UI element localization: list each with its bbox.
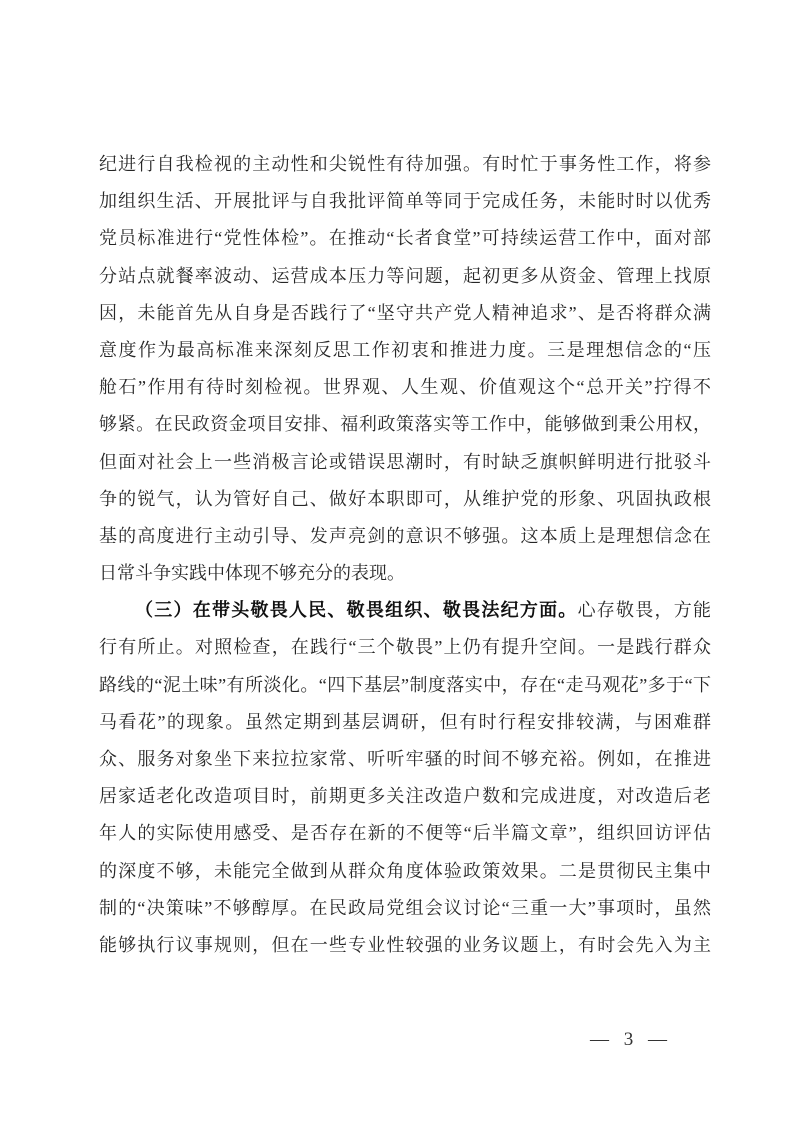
text-line: 的深度不够，未能完全做到从群众角度体验政策效果。二是贯彻民主集中 — [99, 853, 711, 890]
body-text-segment: 党员标准进行“党性体检”。在推动“长者食堂”可持续运营工作中，面对部 — [99, 228, 711, 248]
body-text-segment: 能够执行议事规则，但在一些专业性较强的业务议题上，有时会先入为主 — [99, 935, 711, 955]
body-text-segment: 加组织生活、开展批评与自我批评简单等同于完成任务，未能时时以优秀 — [99, 191, 711, 211]
text-line: 能够执行议事规则，但在一些专业性较强的业务议题上，有时会先入为主 — [99, 927, 711, 964]
text-line: 争的锐气，认为管好自己、做好本职即可，从维护党的形象、巩固执政根 — [99, 481, 711, 518]
body-text-segment: 分站点就餐率波动、运营成本压力等问题，起初更多从资金、管理上找原 — [99, 266, 711, 286]
text-line: （三）在带头敬畏人民、敬畏组织、敬畏法纪方面。心存敬畏，方能 — [99, 592, 711, 629]
section-heading-text: （三）在带头敬畏人民、敬畏组织、敬畏法纪方面。 — [135, 600, 578, 620]
page-number: — 3 — — [590, 1028, 668, 1052]
text-line: 意度作为最高标准来深刻反思工作初衷和推进力度。三是理想信念的“压 — [99, 332, 711, 369]
text-line: 但面对社会上一些消极言论或错误思潮时，有时缺乏旗帜鲜明进行批驳斗 — [99, 444, 711, 481]
text-line: 日常斗争实践中体现不够充分的表现。 — [99, 555, 711, 592]
body-text-segment: 年人的实际使用感受、是否存在新的不便等“后半篇文章”，组织回访评估 — [99, 823, 711, 843]
text-line: 马看花”的现象。虽然定期到基层调研，但有时行程安排较满，与困难群 — [99, 704, 711, 741]
body-text-segment: 纪进行自我检视的主动性和尖锐性有待加强。有时忙于事务性工作，将参 — [99, 154, 711, 174]
document-body: 纪进行自我检视的主动性和尖锐性有待加强。有时忙于事务性工作，将参加组织生活、开展… — [99, 146, 711, 964]
body-text-segment: 制的“决策味”不够醇厚。在民政局党组会议讨论“三重一大”事项时，虽然 — [99, 898, 711, 918]
text-line: 纪进行自我检视的主动性和尖锐性有待加强。有时忙于事务性工作，将参 — [99, 146, 711, 183]
body-text-segment: 基的高度进行主动引导、发声亮剑的意识不够强。这本质上是理想信念在 — [99, 526, 711, 546]
body-text-segment: 舱石”作用有待时刻检视。世界观、人生观、价值观这个“总开关”拧得不 — [99, 377, 711, 397]
body-text-segment: 因，未能首先从自身是否践行了“坚守共产党人精神追求”、是否将群众满 — [99, 303, 711, 323]
text-line: 众、服务对象坐下来拉拉家常、听听牢骚的时间不够充裕。例如，在推进 — [99, 741, 711, 778]
body-text-segment: 众、服务对象坐下来拉拉家常、听听牢骚的时间不够充裕。例如，在推进 — [99, 749, 711, 769]
body-text-segment: 但面对社会上一些消极言论或错误思潮时，有时缺乏旗帜鲜明进行批驳斗 — [99, 452, 711, 472]
body-text-segment: 心存敬畏，方能 — [578, 600, 711, 620]
text-line: 基的高度进行主动引导、发声亮剑的意识不够强。这本质上是理想信念在 — [99, 518, 711, 555]
document-page: 纪进行自我检视的主动性和尖锐性有待加强。有时忙于事务性工作，将参加组织生活、开展… — [0, 0, 793, 1122]
text-line: 制的“决策味”不够醇厚。在民政局党组会议讨论“三重一大”事项时，虽然 — [99, 890, 711, 927]
body-text-segment: 马看花”的现象。虽然定期到基层调研，但有时行程安排较满，与困难群 — [99, 712, 711, 732]
text-line: 舱石”作用有待时刻检视。世界观、人生观、价值观这个“总开关”拧得不 — [99, 369, 711, 406]
text-line: 够紧。在民政资金项目安排、福利政策落实等工作中，能够做到秉公用权， — [99, 406, 711, 443]
text-line: 加组织生活、开展批评与自我批评简单等同于完成任务，未能时时以优秀 — [99, 183, 711, 220]
text-line: 路线的“泥土味”有所淡化。“四下基层”制度落实中，存在“走马观花”多于“下 — [99, 667, 711, 704]
text-line: 党员标准进行“党性体检”。在推动“长者食堂”可持续运营工作中，面对部 — [99, 220, 711, 257]
body-text-segment: 争的锐气，认为管好自己、做好本职即可，从维护党的形象、巩固执政根 — [99, 489, 711, 509]
body-text-segment: 够紧。在民政资金项目安排、福利政策落实等工作中，能够做到秉公用权， — [99, 414, 711, 434]
body-text-segment: 的深度不够，未能完全做到从群众角度体验政策效果。二是贯彻民主集中 — [99, 861, 711, 881]
text-line: 居家适老化改造项目时，前期更多关注改造户数和完成进度，对改造后老 — [99, 778, 711, 815]
body-text-segment: 居家适老化改造项目时，前期更多关注改造户数和完成进度，对改造后老 — [99, 786, 711, 806]
body-text-segment: 行有所止。对照检查，在践行“三个敬畏”上仍有提升空间。一是践行群众 — [99, 637, 711, 657]
body-text-segment: 意度作为最高标准来深刻反思工作初衷和推进力度。三是理想信念的“压 — [99, 340, 711, 360]
text-line: 行有所止。对照检查，在践行“三个敬畏”上仍有提升空间。一是践行群众 — [99, 629, 711, 666]
body-text-segment: 路线的“泥土味”有所淡化。“四下基层”制度落实中，存在“走马观花”多于“下 — [99, 675, 711, 695]
text-line: 因，未能首先从自身是否践行了“坚守共产党人精神追求”、是否将群众满 — [99, 295, 711, 332]
text-line: 年人的实际使用感受、是否存在新的不便等“后半篇文章”，组织回访评估 — [99, 815, 711, 852]
body-text-segment: 日常斗争实践中体现不够充分的表现。 — [99, 563, 405, 583]
text-line: 分站点就餐率波动、运营成本压力等问题，起初更多从资金、管理上找原 — [99, 258, 711, 295]
